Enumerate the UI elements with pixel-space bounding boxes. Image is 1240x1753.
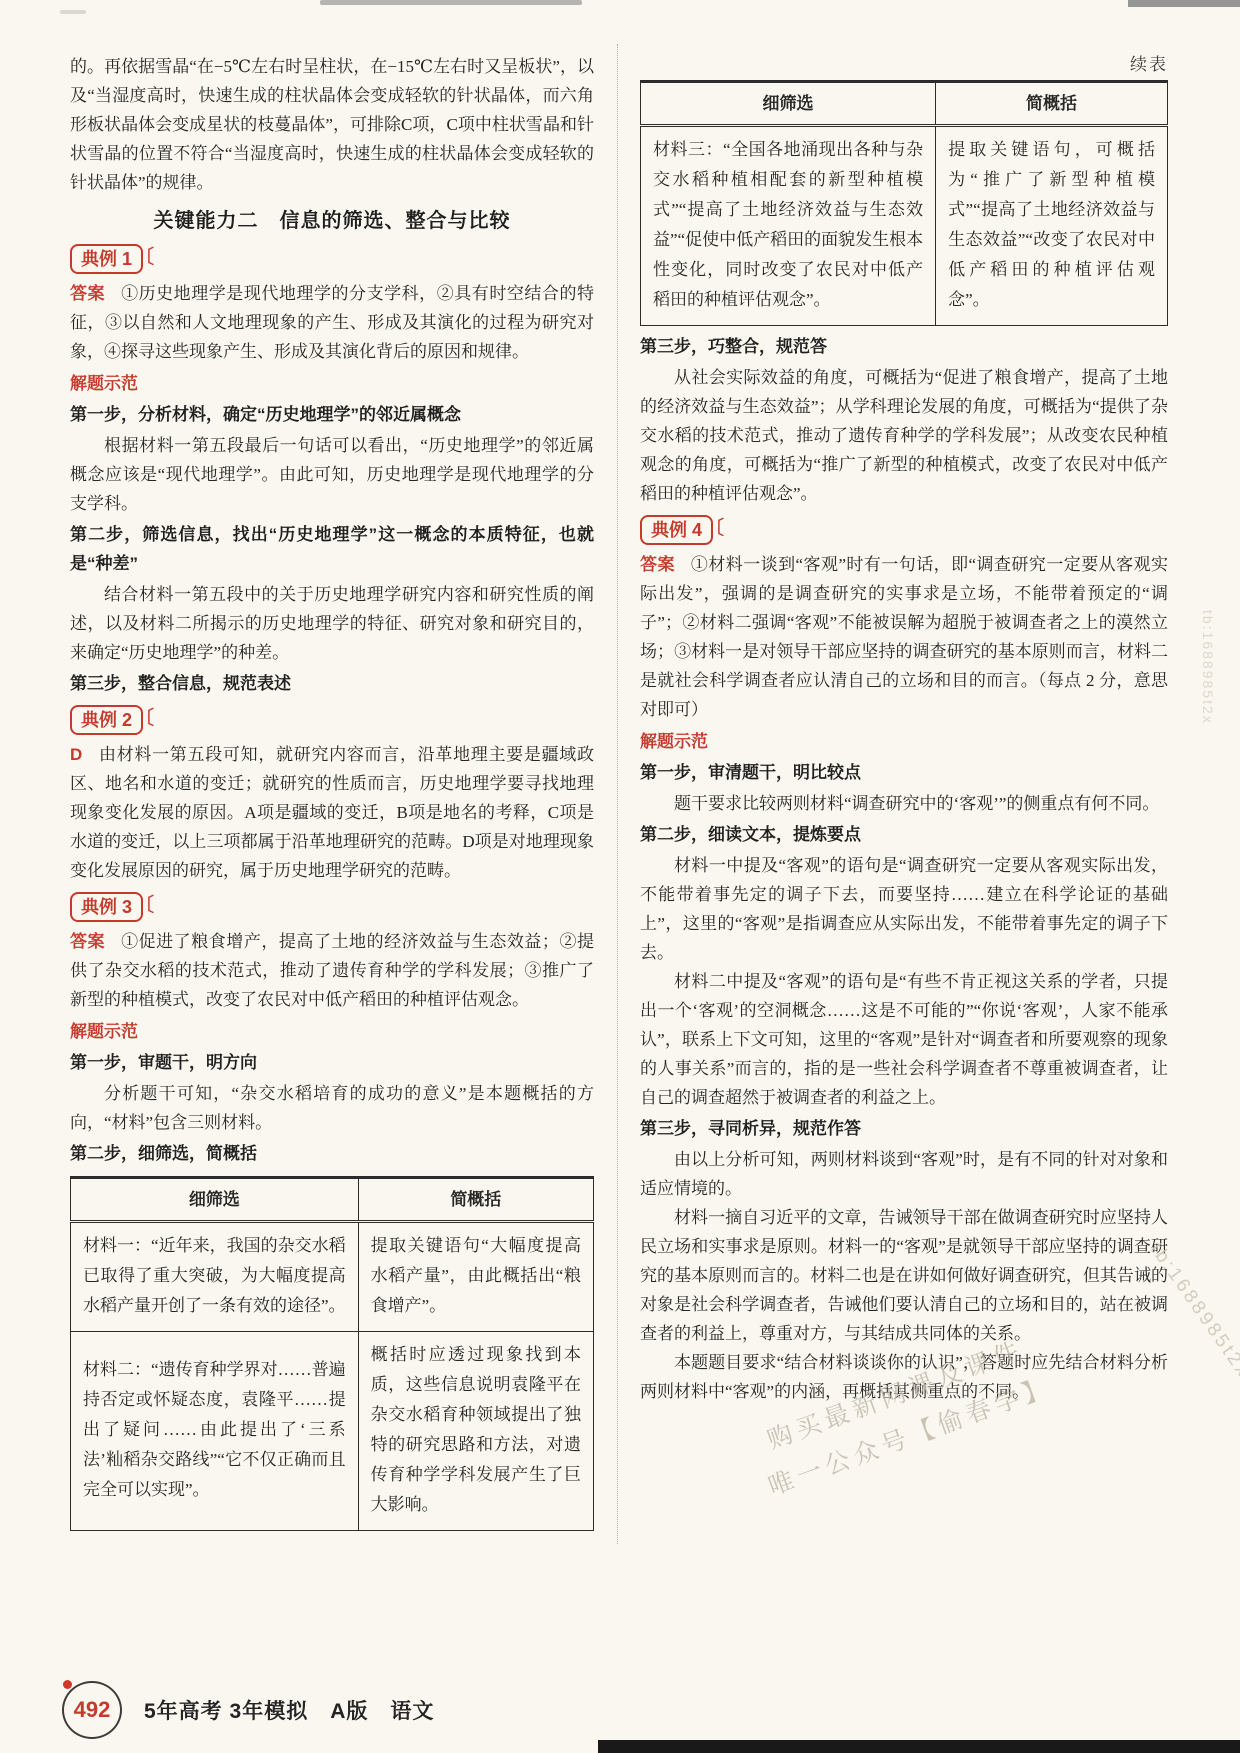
example-3-badge-row: 典例 3 <box>70 892 594 922</box>
page-footer: 492 5年高考 3年模拟A版语文 <box>62 1678 434 1742</box>
continued-paragraph: 的。再依据雪晶“在−5℃左右时呈柱状，在−15℃左右时又呈板状”，以及“当湿度高… <box>70 52 594 197</box>
demo-label: 解题示范 <box>70 369 594 398</box>
ex3-step-3-body: 从社会实际效益的角度，可概括为“促进了粮食增产，提高了土地的经济效益与生态效益”… <box>640 363 1168 508</box>
page-number-circle: 492 <box>62 1681 122 1739</box>
table-row: 材料二：“遗传育种学界对……普遍持否定或怀疑态度，袁隆平……提出了疑问……由此提… <box>71 1332 594 1531</box>
ex4-step-3-title: 第三步，寻同析异，规范作答 <box>640 1114 1168 1143</box>
answer-text: ①历史地理学是现代地理学的分支学科，②具有时空结合的特征，③以自然和人文地理现象… <box>70 284 594 361</box>
answer-text: 由材料一第五段可知，就研究内容而言，沿革地理主要是疆域政区、地名和水道的变迁；就… <box>70 745 594 880</box>
example-4-badge: 典例 4 <box>640 515 713 545</box>
answer-d-label: D <box>70 745 82 764</box>
column-divider <box>617 44 618 1544</box>
example-4-answer: 答案①材料一谈到“客观”时有一句话，即“调查研究一定要从客观实际出发”，强调的是… <box>640 550 1168 724</box>
cell-summary-2: 概括时应透过现象找到本质，这些信息说明袁隆平在杂交水稻育种领域提出了独特的研究思… <box>358 1332 593 1531</box>
ex3-step-2-title: 第二步，细筛选，简概括 <box>70 1139 594 1168</box>
ex4-step-2-title: 第二步，细读文本，提炼要点 <box>640 820 1168 849</box>
example-2-badge-row: 典例 2 <box>70 705 594 735</box>
scan-bottom-bar <box>598 1740 1240 1753</box>
step-2-body: 结合材料一第五段中的关于历史地理学研究内容和研究性质的阐述，以及材料二所揭示的历… <box>70 580 594 667</box>
continued-table-wrap: 细筛选 简概括 材料三：“全国各地涌现出各种与杂交水稻种植相配套的新型种植模式”… <box>640 80 1168 326</box>
ex4-step-1-title: 第一步，审清题干，明比较点 <box>640 758 1168 787</box>
right-column: 细筛选 简概括 材料三：“全国各地涌现出各种与杂交水稻种植相配套的新型种植模式”… <box>640 44 1168 1406</box>
watermark-edge: tb:1688985t2x <box>1200 610 1216 725</box>
ex3-step-1-body: 分析题干可知，“杂交水稻培育的成功的意义”是本题概括的方向，“材料”包含三则材料… <box>70 1079 594 1137</box>
column-header-summary: 简概括 <box>936 82 1168 126</box>
example-3-answer: 答案①促进了粮食增产，提高了土地的经济效益与生态效益；②提供了杂交水稻的技术范式… <box>70 927 594 1014</box>
step-1-body: 根据材料一第五段最后一句话可以看出，“历史地理学”的邻近属概念应该是“现代地理学… <box>70 431 594 518</box>
section-title: 关键能力二 信息的筛选、整合与比较 <box>70 207 594 236</box>
cell-summary-1: 提取关键语句“大幅度提高水稻产量”，由此概括出“粮食增产”。 <box>358 1222 593 1332</box>
red-dot-marker <box>63 1680 72 1689</box>
step-2-title: 第二步，筛选信息，找出“历史地理学”这一概念的本质特征，也就是“种差” <box>70 520 594 578</box>
sift-summary-table: 细筛选 简概括 材料一：“近年来，我国的杂交水稻已取得了重大突破，为大幅度提高水… <box>70 1176 594 1531</box>
ex3-step-3-title: 第三步，巧整合，规范答 <box>640 332 1168 361</box>
edition-label: A版 <box>330 1700 368 1723</box>
example-3-badge: 典例 3 <box>70 892 143 922</box>
ex4-step-2-body-2: 材料二中提及“客观”的语句是“有些不肯正视这关系的学者，只提出一个‘客观’的空洞… <box>640 967 1168 1112</box>
scan-artifact <box>60 10 86 14</box>
subject-label: 语文 <box>390 1700 434 1723</box>
ex4-step-3-body-1: 由以上分析可知，两则材料谈到“客观”时，是有不同的针对对象和适应情境的。 <box>640 1145 1168 1203</box>
example-1-badge-row: 典例 1 <box>70 244 594 274</box>
step-1-title: 第一步，分析材料，确定“历史地理学”的邻近属概念 <box>70 400 594 429</box>
cell-material-2: 材料二：“遗传育种学界对……普遍持否定或怀疑态度，袁隆平……提出了疑问……由此提… <box>71 1332 359 1531</box>
sift-summary-table-continued: 细筛选 简概括 材料三：“全国各地涌现出各种与杂交水稻种植相配套的新型种植模式”… <box>640 80 1168 326</box>
table-row: 材料三：“全国各地涌现出各种与杂交水稻种植相配套的新型种植模式”“提高了土地经济… <box>641 126 1168 326</box>
table-row: 材料一：“近年来，我国的杂交水稻已取得了重大突破，为大幅度提高水稻产量开创了一条… <box>71 1222 594 1332</box>
table-header-row: 细筛选 简概括 <box>71 1178 594 1222</box>
scanned-textbook-page: 的。再依据雪晶“在−5℃左右时呈柱状，在−15℃左右时又呈板状”，以及“当湿度高… <box>0 0 1240 1753</box>
cell-material-1: 材料一：“近年来，我国的杂交水稻已取得了重大突破，为大幅度提高水稻产量开创了一条… <box>71 1222 359 1332</box>
table-header-row: 细筛选 简概括 <box>641 82 1168 126</box>
example-2-answer: D由材料一第五段可知，就研究内容而言，沿革地理主要是疆域政区、地名和水道的变迁；… <box>70 740 594 885</box>
answer-text: ①促进了粮食增产，提高了土地的经济效益与生态效益；②提供了杂交水稻的技术范式，推… <box>70 932 594 1009</box>
column-header-sift: 细筛选 <box>71 1178 359 1222</box>
example-1-answer: 答案①历史地理学是现代地理学的分支学科，②具有时空结合的特征，③以自然和人文地理… <box>70 279 594 366</box>
ex4-step-1-body: 题干要求比较两则材料“调查研究中的‘客观’”的侧重点有何不同。 <box>640 789 1168 818</box>
ex4-step-2-body-1: 材料一中提及“客观”的语句是“调查研究一定要从客观实际出发，不能带着事先定的调子… <box>640 851 1168 967</box>
answer-label: 答案 <box>70 284 105 303</box>
page-number: 492 <box>74 1697 111 1723</box>
step-3-title: 第三步，整合信息，规范表述 <box>70 669 594 698</box>
scan-artifact <box>320 0 582 5</box>
example-2-badge: 典例 2 <box>70 705 143 735</box>
cell-summary-3: 提取关键语句，可概括为“推广了新型种植模式”“提高了土地经济效益与生态效益”“改… <box>936 126 1168 326</box>
column-header-sift: 细筛选 <box>641 82 936 126</box>
example-4-badge-row: 典例 4 <box>640 515 1168 545</box>
ex3-step-1-title: 第一步，审题干，明方向 <box>70 1048 594 1077</box>
footer-book-title: 5年高考 3年模拟A版语文 <box>144 1695 434 1725</box>
column-header-summary: 简概括 <box>358 1178 593 1222</box>
answer-label: 答案 <box>70 932 105 951</box>
answer-label: 答案 <box>640 555 675 574</box>
example-1-badge: 典例 1 <box>70 244 143 274</box>
scan-artifact <box>1128 0 1240 7</box>
series-name: 5年高考 3年模拟 <box>144 1700 308 1723</box>
demo-label: 解题示范 <box>640 727 1168 756</box>
cell-material-3: 材料三：“全国各地涌现出各种与杂交水稻种植相配套的新型种植模式”“提高了土地经济… <box>641 126 936 326</box>
demo-label: 解题示范 <box>70 1017 594 1046</box>
left-column: 的。再依据雪晶“在−5℃左右时呈柱状，在−15℃左右时又呈板状”，以及“当湿度高… <box>70 52 594 1531</box>
answer-text: ①材料一谈到“客观”时有一句话，即“调查研究一定要从客观实际出发”，强调的是调查… <box>640 555 1168 719</box>
